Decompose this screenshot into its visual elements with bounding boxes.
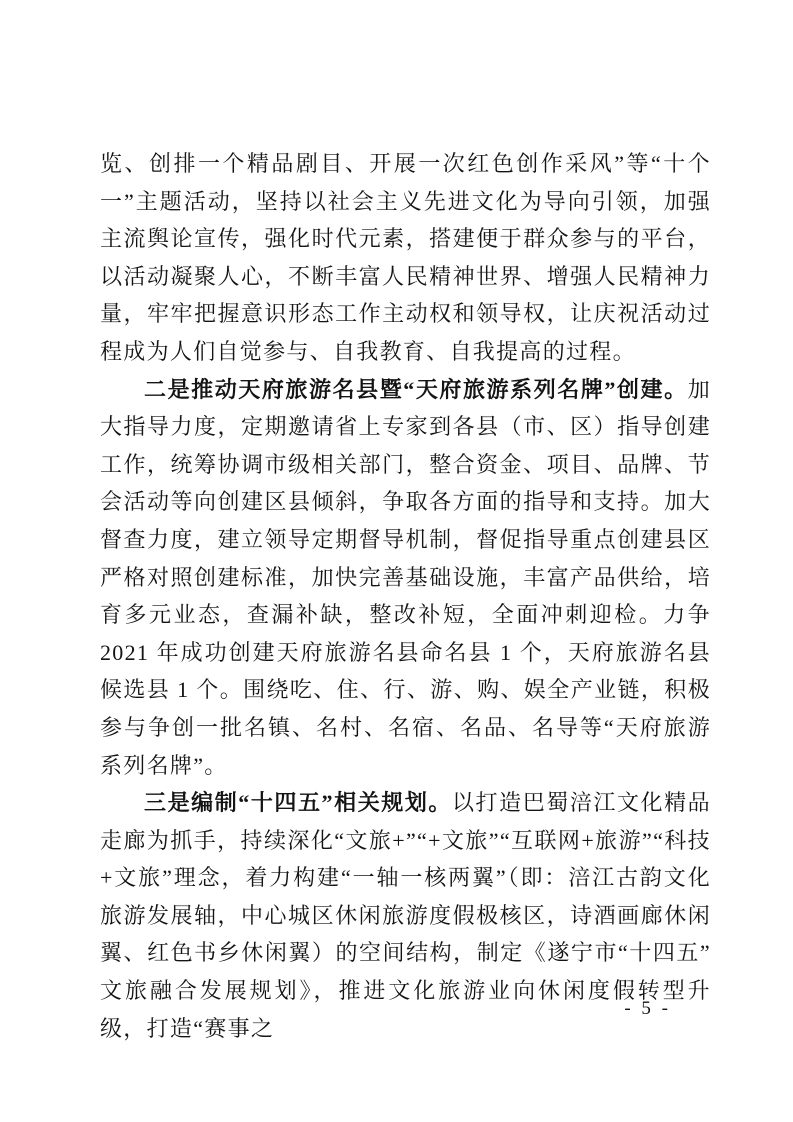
document-page: 览、创排一个精品剧目、开展一次红色创作采风”等“十个一”主题活动，坚持以社会主义… <box>0 0 793 1122</box>
paragraph-1: 览、创排一个精品剧目、开展一次红色创作采风”等“十个一”主题活动，坚持以社会主义… <box>100 145 711 371</box>
paragraph-2-lead: 二是推动天府旅游名县暨“天府旅游系列名牌”创建。 <box>144 377 688 402</box>
page-number: - 5 - <box>624 997 671 1021</box>
paragraph-2-text: 加大指导力度，定期邀请省上专家到各县（市、区）指导创建工作，统筹协调市级相关部门… <box>100 377 711 778</box>
paragraph-1-text: 览、创排一个精品剧目、开展一次红色创作采风”等“十个一”主题活动，坚持以社会主义… <box>100 151 711 364</box>
paragraph-3: 三是编制“十四五”相关规划。以打造巴蜀涪江文化精品走廊为抓手，持续深化“文旅+”… <box>100 784 711 1047</box>
document-body: 览、创排一个精品剧目、开展一次红色创作采风”等“十个一”主题活动，坚持以社会主义… <box>100 145 711 1047</box>
paragraph-3-lead: 三是编制“十四五”相关规划。 <box>144 790 452 815</box>
paragraph-3-text: 以打造巴蜀涪江文化精品走廊为抓手，持续深化“文旅+”“+文旅”“互联网+旅游”“… <box>100 790 711 1041</box>
paragraph-2: 二是推动天府旅游名县暨“天府旅游系列名牌”创建。加大指导力度，定期邀请省上专家到… <box>100 371 711 785</box>
